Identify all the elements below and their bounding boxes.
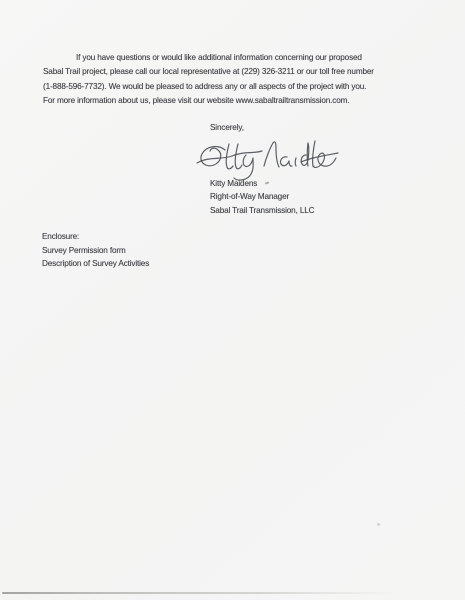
letter-page: If you have questions or would like addi… [0,0,465,600]
signer-company: Sabal Trail Transmission, LLC [210,204,314,217]
scan-speck [377,523,380,526]
signature-block: Kitty Maidens Right-of-Way Manager Sabal… [210,177,314,217]
signer-title: Right-of-Way Manager [210,190,314,203]
body-line-4: For more information about us, please vi… [43,94,453,108]
body-line-2: Sabal Trail project, please call our loc… [43,65,453,79]
body-line-3: (1-888-596-7732). We would be pleased to… [43,80,453,94]
closing-sincerely: Sincerely, [210,121,244,135]
scan-edge-artifact [2,592,394,594]
enclosure-block: Enclosure: Survey Permission form Descri… [42,230,149,271]
signer-name: Kitty Maidens [210,177,314,190]
enclosure-item-2: Description of Survey Activities [42,257,149,271]
body-line-1: If you have questions or would like addi… [43,51,453,65]
enclosure-label: Enclosure: [42,230,149,244]
enclosure-item-1: Survey Permission form [42,244,149,258]
letter-body-paragraph: If you have questions or would like addi… [43,51,453,109]
